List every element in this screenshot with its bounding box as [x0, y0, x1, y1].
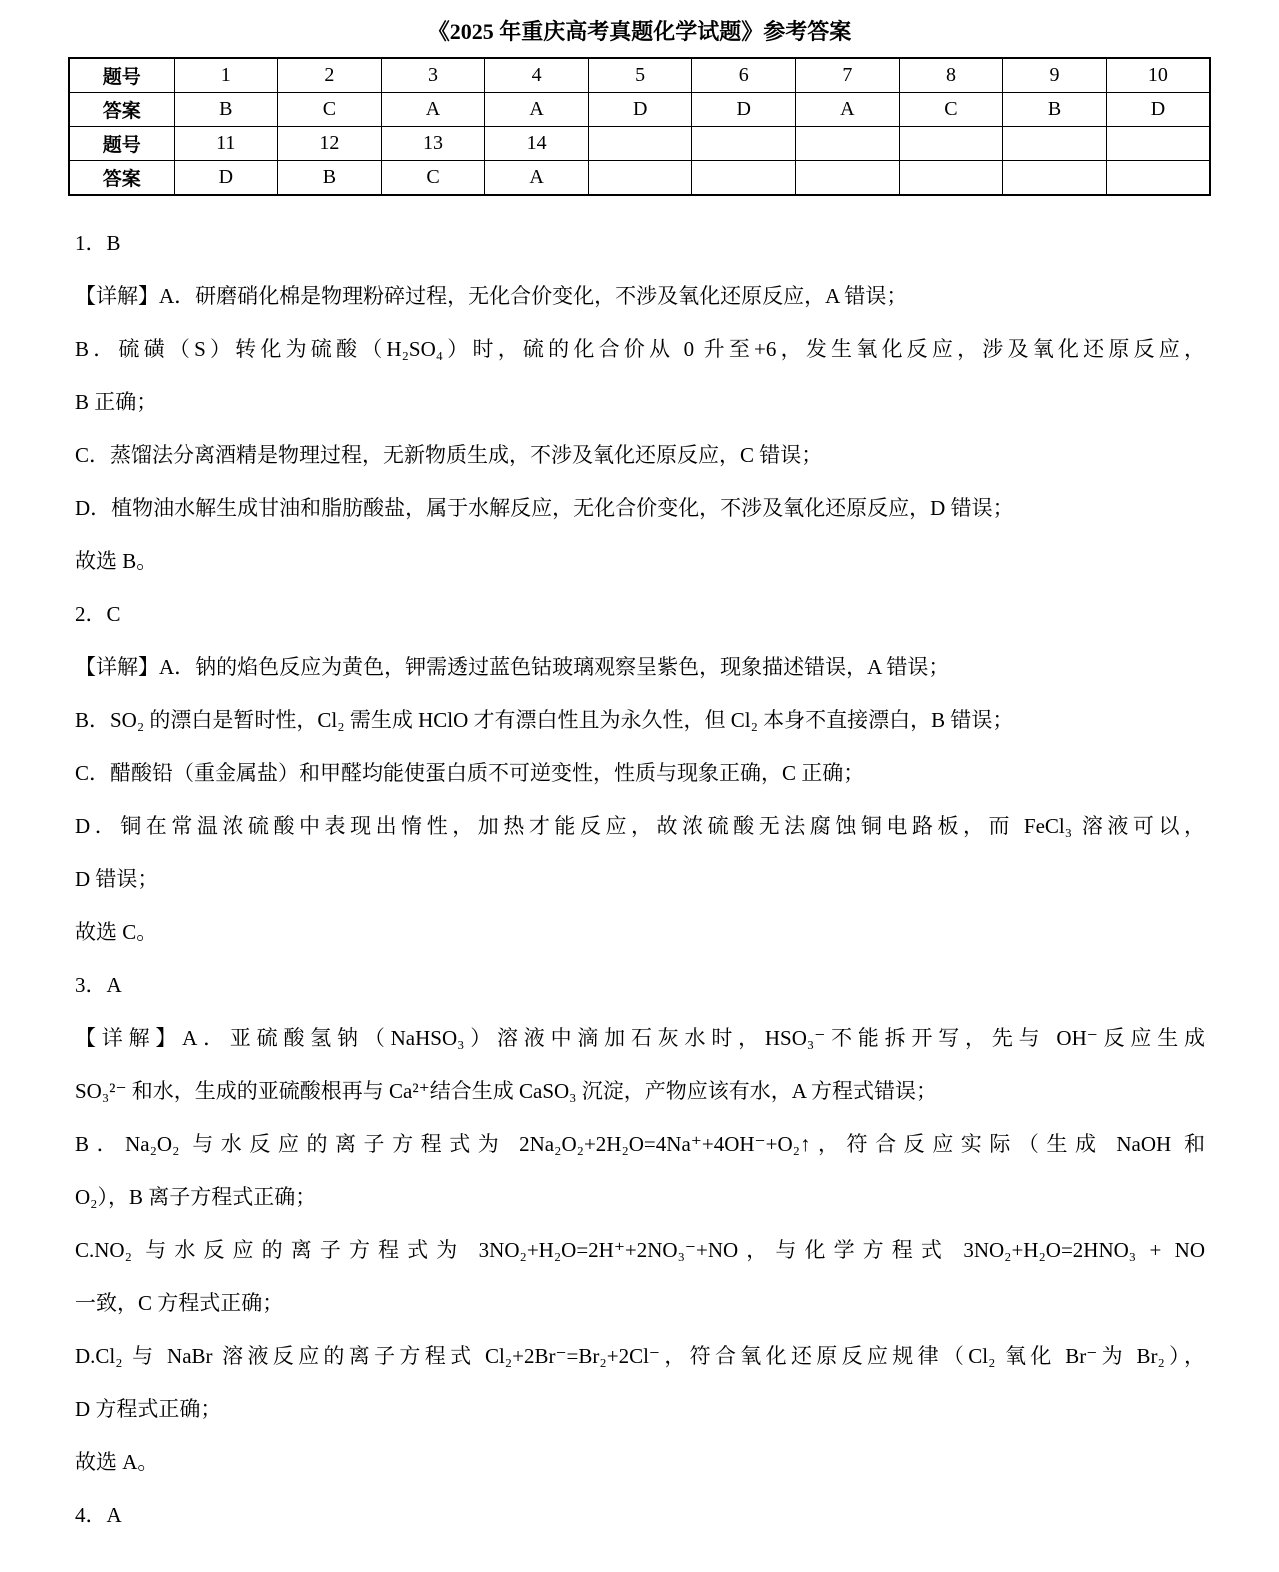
answer-cell: 7: [796, 58, 900, 93]
answer-cell: A: [796, 93, 900, 127]
text-line: B．硫磺（S）转化为硫酸（H₂SO₄）时，硫的化合价从 0 升至+6，发生氧化反…: [75, 323, 1205, 376]
answer-cell: [899, 127, 1003, 161]
answer-cell: A: [381, 93, 485, 127]
answer-cell: A: [485, 93, 589, 127]
answer-cell: 8: [899, 58, 1003, 93]
answer-cell: 10: [1106, 58, 1210, 93]
answer-cell: 13: [381, 127, 485, 161]
text-line: D.Cl₂ 与 NaBr 溶液反应的离子方程式 Cl₂+2Br⁻=Br₂+2Cl…: [75, 1330, 1205, 1383]
text-line: 2．C: [75, 588, 1205, 641]
answer-cell: [1106, 127, 1210, 161]
text-line: 故选 B。: [75, 535, 1205, 588]
text-line: 【详解】A．研磨硝化棉是物理粉碎过程，无化合价变化，不涉及氧化还原反应，A 错误…: [75, 270, 1205, 323]
document-body: 1．B【详解】A．研磨硝化棉是物理粉碎过程，无化合价变化，不涉及氧化还原反应，A…: [75, 217, 1205, 1542]
answer-cell: 11: [174, 127, 278, 161]
answer-cell: B: [174, 93, 278, 127]
answer-cell: 1: [174, 58, 278, 93]
text-line: C．醋酸铅（重金属盐）和甲醛均能使蛋白质不可逆变性，性质与现象正确，C 正确；: [75, 747, 1205, 800]
answer-cell: 3: [381, 58, 485, 93]
text-line: B 正确；: [75, 376, 1205, 429]
text-line: 【详解】A．亚硫酸氢钠（NaHSO₃）溶液中滴加石灰水时，HSO₃⁻不能拆开写，…: [75, 1012, 1205, 1065]
text-line: 1．B: [75, 217, 1205, 270]
text-line: 一致，C 方程式正确；: [75, 1277, 1205, 1330]
text-line: 3．A: [75, 959, 1205, 1012]
answer-cell: B: [278, 161, 382, 196]
answer-cell: [1003, 161, 1107, 196]
text-line: B．SO₂ 的漂白是暂时性，Cl₂ 需生成 HClO 才有漂白性且为永久性，但 …: [75, 694, 1205, 747]
answer-cell: D: [588, 93, 692, 127]
answer-cell: D: [692, 93, 796, 127]
answer-cell: 6: [692, 58, 796, 93]
answer-cell: [796, 127, 900, 161]
text-line: O₂），B 离子方程式正确；: [75, 1171, 1205, 1224]
answer-table: 题号12345678910答案BCAADDACBD题号11121314答案DBC…: [68, 57, 1211, 196]
text-line: C．蒸馏法分离酒精是物理过程，无新物质生成，不涉及氧化还原反应，C 错误；: [75, 429, 1205, 482]
answer-cell: D: [174, 161, 278, 196]
answer-cell: C: [899, 93, 1003, 127]
answer-cell: [692, 161, 796, 196]
document-page-background: { "page": { "background_color": "#ffffff…: [0, 0, 1279, 1572]
answer-table-body: 题号12345678910答案BCAADDACBD题号11121314答案DBC…: [69, 58, 1210, 195]
text-line: 故选 C。: [75, 906, 1205, 959]
answer-cell: 2: [278, 58, 382, 93]
table-row: 题号12345678910: [69, 58, 1210, 93]
answer-cell: B: [1003, 93, 1107, 127]
answer-cell: [899, 161, 1003, 196]
answer-cell: 9: [1003, 58, 1107, 93]
answer-cell: 14: [485, 127, 589, 161]
text-line: D 错误；: [75, 853, 1205, 906]
answer-cell: [692, 127, 796, 161]
answer-cell: 4: [485, 58, 589, 93]
row-label-cell: 答案: [69, 161, 174, 196]
text-line: 4．A: [75, 1489, 1205, 1542]
answer-cell: [1106, 161, 1210, 196]
answer-cell: A: [485, 161, 589, 196]
table-row: 题号11121314: [69, 127, 1210, 161]
row-label-cell: 题号: [69, 58, 174, 93]
text-line: D 方程式正确；: [75, 1383, 1205, 1436]
text-line: 故选 A。: [75, 1436, 1205, 1489]
answer-cell: 5: [588, 58, 692, 93]
text-line: SO₃²⁻ 和水，生成的亚硫酸根再与 Ca²⁺结合生成 CaSO₃ 沉淀，产物应…: [75, 1065, 1205, 1118]
text-line: C.NO₂ 与水反应的离子方程式为 3NO₂+H₂O=2H⁺+2NO₃⁻+NO，…: [75, 1224, 1205, 1277]
answer-cell: [588, 127, 692, 161]
answer-cell: 12: [278, 127, 382, 161]
answer-cell: [796, 161, 900, 196]
answer-cell: C: [381, 161, 485, 196]
answer-cell: D: [1106, 93, 1210, 127]
text-line: B．Na₂O₂ 与水反应的离子方程式为 2Na₂O₂+2H₂O=4Na⁺+4OH…: [75, 1118, 1205, 1171]
row-label-cell: 题号: [69, 127, 174, 161]
answer-cell: C: [278, 93, 382, 127]
text-line: 【详解】A．钠的焰色反应为黄色，钾需透过蓝色钴玻璃观察呈紫色，现象描述错误，A …: [75, 641, 1205, 694]
document-page: 《2025 年重庆高考真题化学试题》参考答案 题号12345678910答案BC…: [0, 0, 1279, 1562]
text-line: D．植物油水解生成甘油和脂肪酸盐，属于水解反应，无化合价变化，不涉及氧化还原反应…: [75, 482, 1205, 535]
page-title: 《2025 年重庆高考真题化学试题》参考答案: [68, 18, 1211, 46]
table-row: 答案DBCA: [69, 161, 1210, 196]
answer-cell: [588, 161, 692, 196]
answer-cell: [1003, 127, 1107, 161]
row-label-cell: 答案: [69, 93, 174, 127]
table-row: 答案BCAADDACBD: [69, 93, 1210, 127]
text-line: D．铜在常温浓硫酸中表现出惰性，加热才能反应，故浓硫酸无法腐蚀铜电路板，而 Fe…: [75, 800, 1205, 853]
